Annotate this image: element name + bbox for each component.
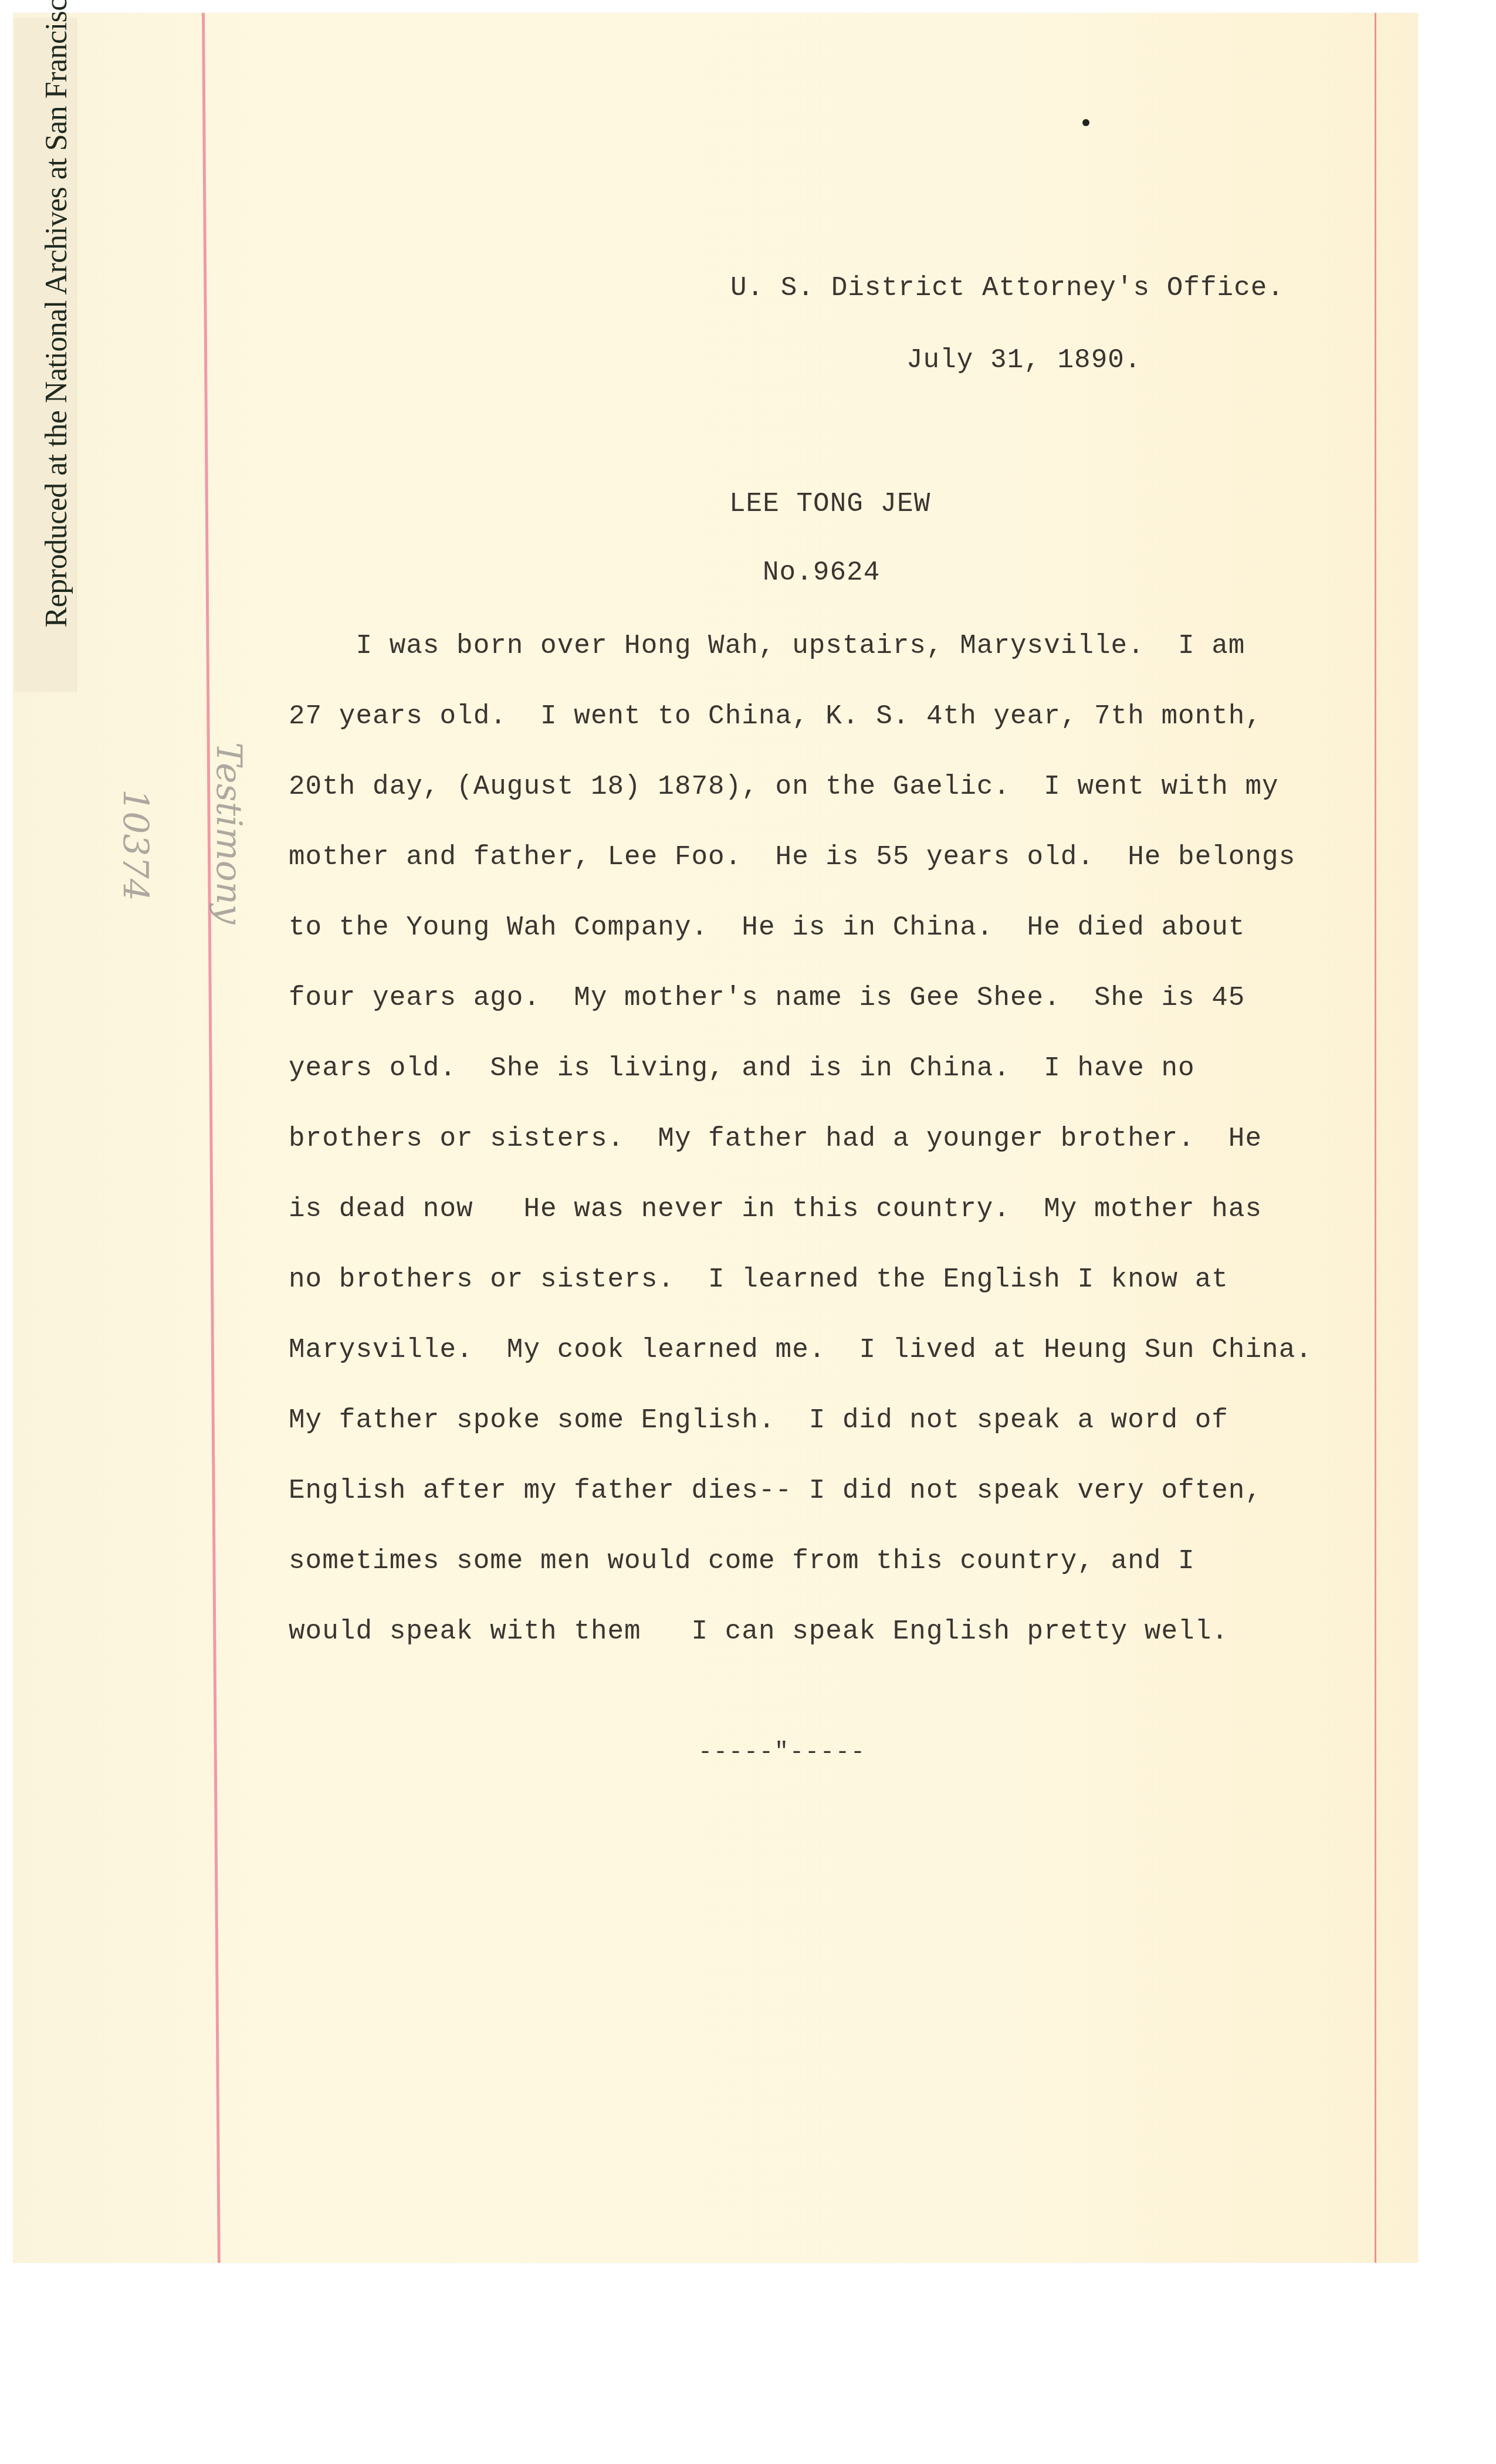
archive-stamp-text: Reproduced at the National Archives at S… bbox=[26, 0, 88, 642]
body-line: years old. She is living, and is in Chin… bbox=[289, 1053, 1195, 1084]
body-line: no brothers or sisters. I learned the En… bbox=[289, 1264, 1228, 1295]
case-number: No.9624 bbox=[763, 557, 880, 588]
body-line: 20th day, (August 18) 1878), on the Gael… bbox=[289, 771, 1279, 802]
body-line: would speak with them I can speak Englis… bbox=[289, 1616, 1228, 1647]
ink-dot bbox=[1082, 119, 1089, 126]
body-line: mother and father, Lee Foo. He is 55 yea… bbox=[289, 842, 1295, 872]
body-line: English after my father dies-- I did not… bbox=[289, 1475, 1262, 1506]
subject-name: LEE TONG JEW bbox=[729, 489, 930, 519]
body-line: is dead now He was never in this country… bbox=[289, 1194, 1262, 1224]
body-line: Marysville. My cook learned me. I lived … bbox=[289, 1335, 1312, 1365]
pencil-note-right: Testimony bbox=[208, 742, 249, 925]
body-line: sometimes some men would come from this … bbox=[289, 1546, 1195, 1576]
closing-separator: -----"----- bbox=[698, 1739, 866, 1766]
body-line: I was born over Hong Wah, upstairs, Mary… bbox=[289, 631, 1245, 661]
right-margin-rule bbox=[1375, 13, 1376, 2263]
body-line: four years ago. My mother's name is Gee … bbox=[289, 983, 1245, 1013]
body-line: to the Young Wah Company. He is in China… bbox=[289, 912, 1245, 943]
body-line: 27 years old. I went to China, K. S. 4th… bbox=[289, 701, 1262, 732]
document-date: July 31, 1890. bbox=[906, 345, 1141, 375]
pencil-note-left: 10374 bbox=[114, 789, 155, 901]
archive-stamp: Reproduced at the National Archives at S… bbox=[14, 18, 77, 692]
office-heading: U. S. District Attorney's Office. bbox=[730, 273, 1284, 303]
body-line: brothers or sisters. My father had a you… bbox=[289, 1123, 1262, 1154]
body-line: My father spoke some English. I did not … bbox=[289, 1405, 1228, 1436]
